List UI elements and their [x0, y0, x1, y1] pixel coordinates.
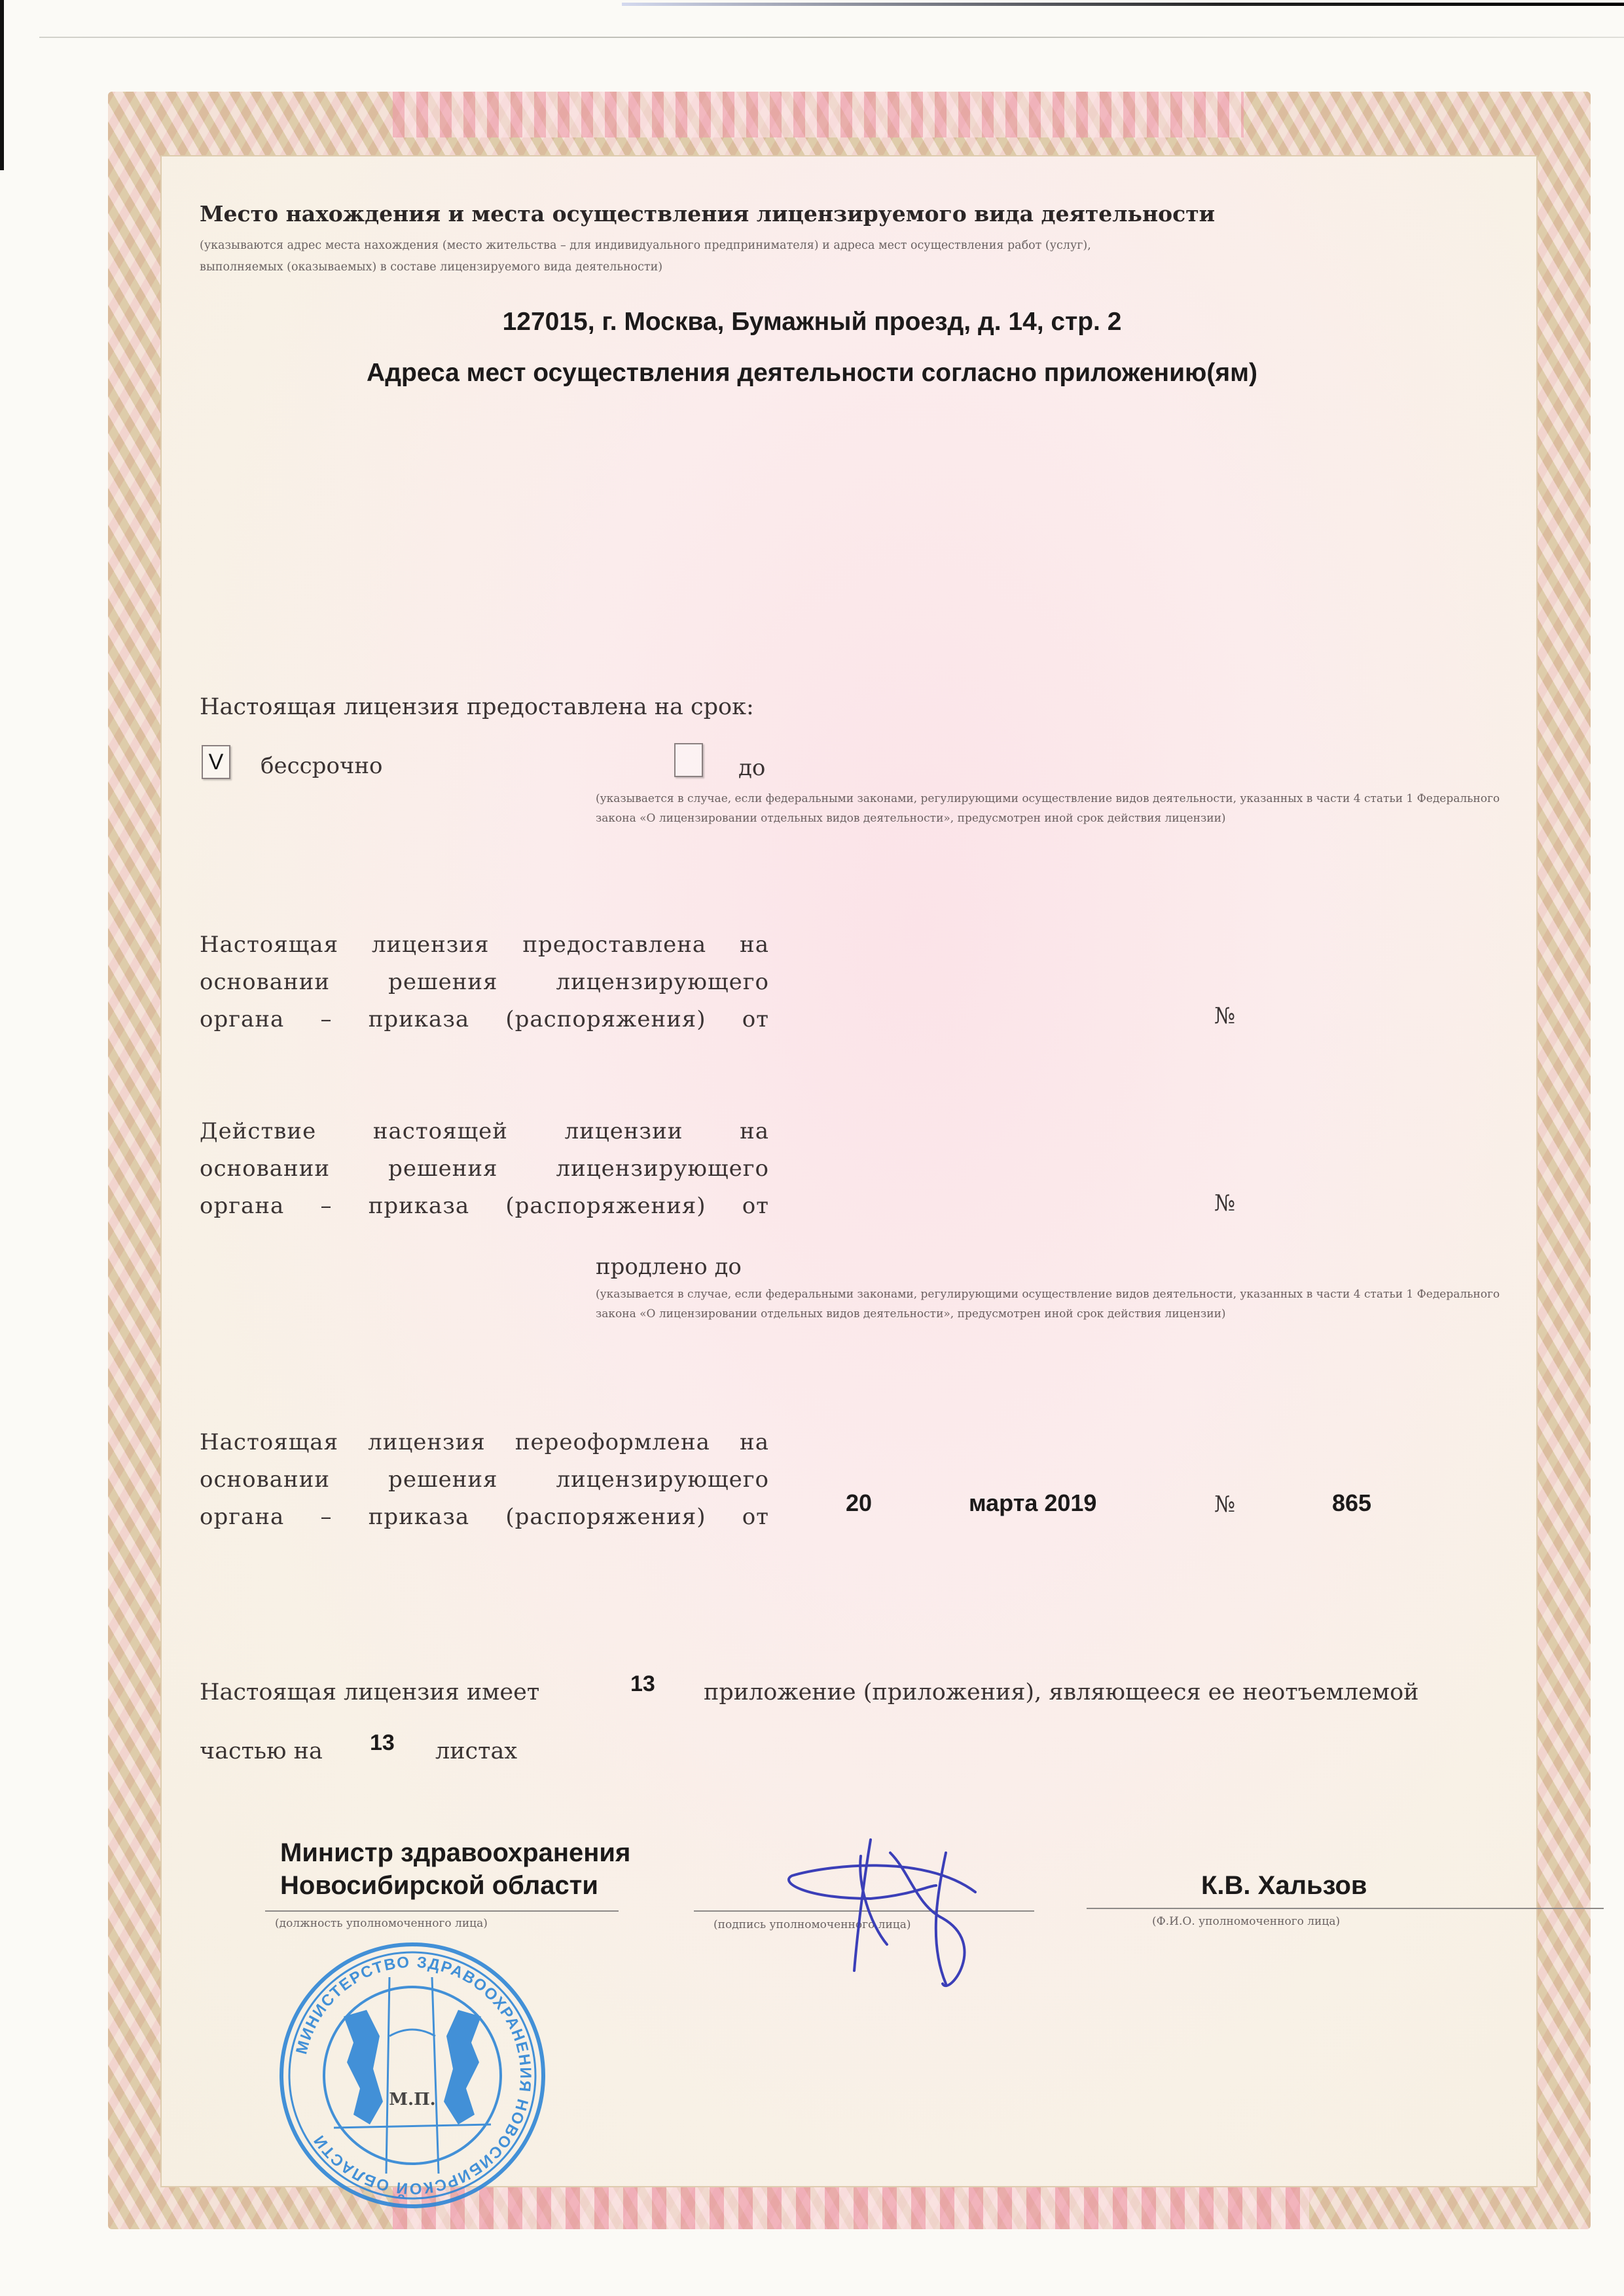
license-address: 127015, г. Москва, Бумажный проезд, д. 1… — [0, 308, 1624, 337]
location-hint: выполняемых (оказываемых) в составе лице… — [200, 261, 662, 274]
extended-line: Действие настоящей лицензии на — [200, 1113, 769, 1150]
name-underline — [1087, 1908, 1604, 1909]
position-caption: (должность уполномоченного лица) — [275, 1917, 488, 1930]
term-until-label: до — [738, 755, 765, 781]
signatory-position: Министр здравоохранения Новосибирской об… — [280, 1836, 630, 1902]
reissued-number: 865 — [1332, 1489, 1371, 1517]
location-heading: Место нахождения и места осуществления л… — [200, 201, 1215, 227]
appendices-count: 13 — [630, 1671, 655, 1697]
seal-center-mark: М.П. — [389, 2090, 435, 2109]
extended-hint: (указывается в случае, если федеральными… — [596, 1285, 1519, 1324]
svg-text:МИНИСТЕРСТВО ЗДРАВООХРАНЕНИЯ Н: МИНИСТЕРСТВО ЗДРАВООХРАНЕНИЯ НОВОСИБИРСК… — [293, 1954, 534, 2198]
appendices-text: Настоящая лицензия имеет — [200, 1679, 539, 1705]
granted-line: органа – приказа (распоряжения) от — [200, 1001, 769, 1038]
reissued-number-label: № — [1214, 1491, 1235, 1518]
signatory-position-line: Министр здравоохранения — [280, 1836, 630, 1869]
reissued-day: 20 — [846, 1489, 872, 1517]
reissued-basis-text: Настоящая лицензия переоформлена на осно… — [200, 1424, 769, 1536]
term-heading: Настоящая лицензия предоставлена на срок… — [200, 694, 754, 720]
appendices-text: листах — [435, 1738, 517, 1764]
reissued-month-year: марта 2019 — [969, 1489, 1096, 1517]
appendices-sheets: 13 — [370, 1730, 395, 1756]
signature-icon — [779, 1827, 1054, 2003]
extended-until-label: продлено до — [596, 1254, 742, 1280]
extended-line: органа – приказа (распоряжения) от — [200, 1188, 769, 1225]
position-underline — [265, 1910, 619, 1912]
term-unlimited-checkbox[interactable]: V — [202, 745, 230, 779]
location-hint: (указываются адрес места нахождения (мес… — [200, 239, 1091, 252]
reissued-line: органа – приказа (распоряжения) от — [200, 1499, 769, 1536]
term-unlimited-label: бессрочно — [261, 753, 383, 779]
granted-line: Настоящая лицензия предоставлена на — [200, 926, 769, 964]
term-until-checkbox[interactable] — [674, 743, 703, 777]
addresses-note: Адреса мест осуществления деятельности с… — [0, 359, 1624, 388]
signatory-name: К.В. Хальзов — [1201, 1871, 1367, 1901]
signatory-position-line: Новосибирской области — [280, 1869, 630, 1902]
appendices-text: приложение (приложения), являющееся ее н… — [704, 1679, 1419, 1705]
granted-line: основании решения лицензирующего — [200, 964, 769, 1001]
term-hint: (указывается в случае, если федеральными… — [596, 789, 1519, 828]
appendices-text: частью на — [200, 1738, 323, 1764]
license-page: Место нахождения и места осуществления л… — [0, 0, 1624, 2296]
granted-number-label: № — [1214, 1003, 1235, 1029]
official-seal-icon: МИНИСТЕРСТВО ЗДРАВООХРАНЕНИЯ НОВОСИБИРСК… — [275, 1938, 550, 2213]
reissued-line: Настоящая лицензия переоформлена на — [200, 1424, 769, 1461]
granted-basis-text: Настоящая лицензия предоставлена на осно… — [200, 926, 769, 1038]
reissued-line: основании решения лицензирующего — [200, 1461, 769, 1499]
extended-basis-text: Действие настоящей лицензии на основании… — [200, 1113, 769, 1225]
extended-number-label: № — [1214, 1190, 1235, 1216]
name-caption: (Ф.И.О. уполномоченного лица) — [1152, 1915, 1340, 1928]
extended-line: основании решения лицензирующего — [200, 1150, 769, 1188]
